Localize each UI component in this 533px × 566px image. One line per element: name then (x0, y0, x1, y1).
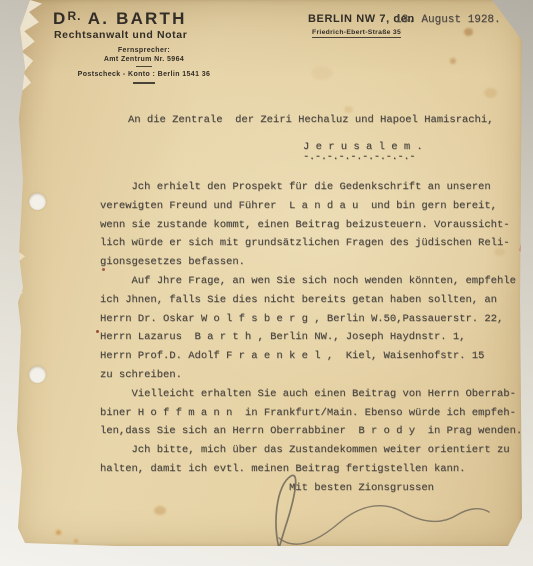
stain-spot (96, 330, 99, 333)
signature-scrawl (201, 468, 501, 563)
punch-hole (29, 366, 46, 383)
stain-spot (450, 58, 456, 64)
letterhead-name-superscript: R. (67, 9, 81, 23)
typed-date: 13. August 1928. (395, 14, 501, 26)
postal-account: Postscheck - Konto : Berlin 1541 36 (44, 70, 244, 79)
edge-tear (16, 286, 23, 298)
torn-corner (16, 0, 42, 92)
stain-spot (484, 88, 497, 98)
recipient-line: An die Zentrale der Zeiri Hechaluz und H… (128, 114, 493, 126)
street-line: Friedrich-Ebert-Straße 35 (312, 29, 401, 38)
divider-dash (133, 82, 155, 84)
stain-spot (344, 106, 353, 113)
divider-line (136, 66, 152, 67)
punch-hole (29, 193, 46, 210)
scan-background: DR. A. BARTH Rechtsanwalt und Notar Fern… (0, 0, 533, 566)
letter-paper: DR. A. BARTH Rechtsanwalt und Notar Fern… (16, 0, 522, 546)
recipient-underline: -.-.-.-.-.-.-.-.-.- (303, 151, 415, 163)
stain-spot (154, 506, 166, 515)
stain-spot (464, 28, 473, 36)
letter-body: Jch erhielt den Prospekt für die Gedenks… (100, 178, 522, 498)
phone-number: Amt Zentrum Nr. 5964 (44, 55, 244, 64)
phone-label: Fernsprecher: (44, 46, 244, 55)
letterhead-contact-block: Fernsprecher: Amt Zentrum Nr. 5964 Posts… (44, 46, 244, 84)
letterhead-name-rest: A. BARTH (81, 9, 186, 28)
edge-tear (16, 250, 25, 264)
letterhead-name: DR. A. BARTH (53, 9, 187, 29)
letterhead-name-initial: D (53, 9, 67, 28)
stain-spot (74, 539, 78, 543)
letterhead-title: Rechtsanwalt und Notar (54, 29, 187, 41)
stain-spot (56, 530, 61, 535)
stain-spot (311, 66, 333, 80)
